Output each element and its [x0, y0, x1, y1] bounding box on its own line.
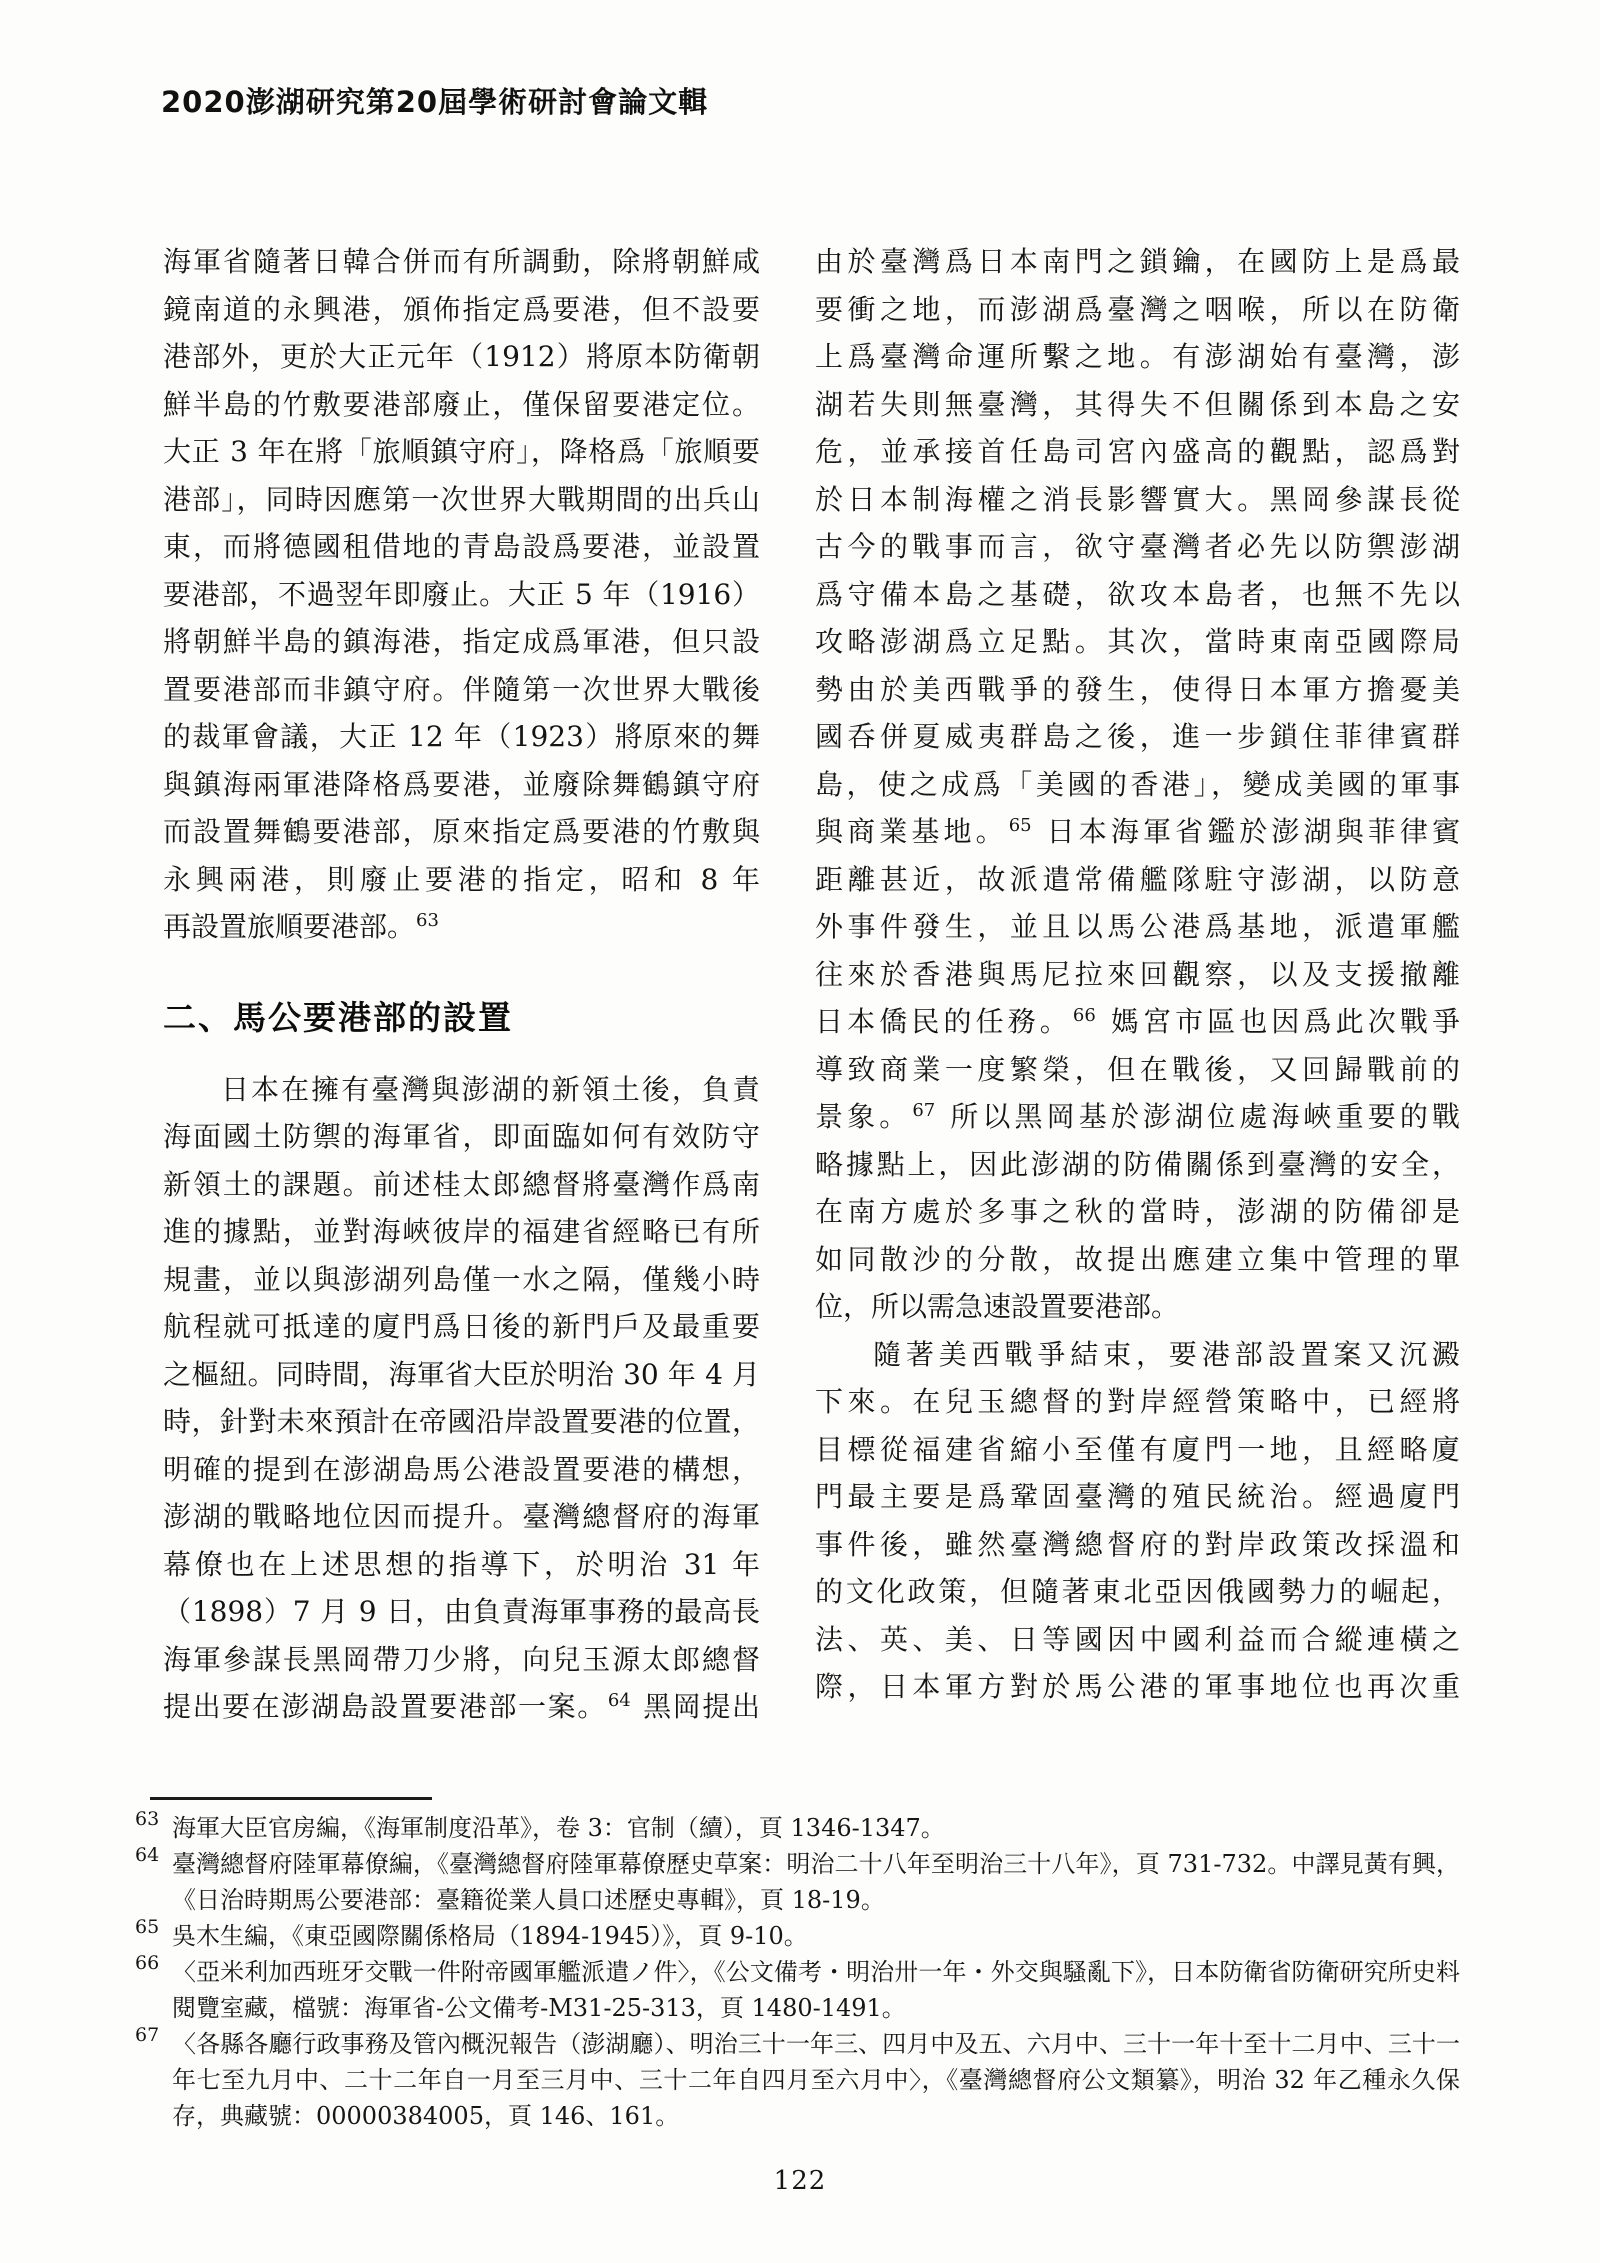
text-line: 攻略澎湖爲立足點。其次，當時東南亞國際局: [815, 618, 1460, 666]
text-line: 的裁軍會議，大正 12 年（1923）將原來的舞鶴: [163, 713, 760, 761]
text-line: 海軍省隨著日韓合併而有所調動，除將朝鮮咸: [163, 238, 760, 286]
text-line: 景象。67 所以黑岡基於澎湖位處海峽重要的戰: [815, 1093, 1460, 1141]
right-column-text: 由於臺灣爲日本南門之鎖鑰，在國防上是爲最要衝之地，而澎湖爲臺灣之咽喉，所以在防衛…: [815, 238, 1460, 1711]
footnote: 64臺灣總督府陸軍幕僚編，《臺灣總督府陸軍幕僚歷史草案：明治二十八年至明治三十八…: [128, 1846, 1460, 1918]
text-line: 而設置舞鶴要港部，原來指定爲要港的竹敷與: [163, 808, 760, 856]
text-line: 日本僑民的任務。66 媽宮市區也因爲此次戰爭: [815, 998, 1460, 1046]
text-line: 航程就可抵達的廈門爲日後的新門戶及最重要: [163, 1303, 760, 1351]
text-line: 危，並承接首任島司宮內盛高的觀點，認爲對: [815, 428, 1460, 476]
footnote-text: 海軍大臣官房編，《海軍制度沿革》，卷 3：官制（續），頁 1346-1347。: [172, 1810, 1460, 1846]
footnote-text: 〈亞米利加西班牙交戰一件附帝國軍艦派遣ノ件〉，《公文備考・明治卅一年・外交與騷亂…: [172, 1954, 1460, 2026]
text-line: 隨著美西戰爭結束，要港部設置案又沉澱: [815, 1331, 1460, 1379]
text-line: 如同散沙的分散，故提出應建立集中管理的單: [815, 1236, 1460, 1284]
left-column: 海軍省隨著日韓合併而有所調動，除將朝鮮咸鏡南道的永興港，頒佈指定爲要港，但不設要…: [163, 238, 760, 1731]
text-line: 由於臺灣爲日本南門之鎖鑰，在國防上是爲最: [815, 238, 1460, 286]
text-line: 下來。在兒玉總督的對岸經營策略中，已經將: [815, 1378, 1460, 1426]
text-line: 進的據點，並對海峽彼岸的福建省經略已有所: [163, 1208, 760, 1256]
footnote: 66〈亞米利加西班牙交戰一件附帝國軍艦派遣ノ件〉，《公文備考・明治卅一年・外交與…: [128, 1954, 1460, 2026]
footnote: 63海軍大臣官房編，《海軍制度沿革》，卷 3：官制（續），頁 1346-1347…: [128, 1810, 1460, 1846]
text-line: 幕僚也在上述思想的指導下，於明治 31 年: [163, 1541, 760, 1589]
text-line: 再設置旅順要港部。63: [163, 903, 760, 951]
footnote: 67〈各縣各廳行政事務及管內概況報告（澎湖廳）、明治三十一年三、四月中及五、六月…: [128, 2026, 1460, 2134]
text-line: 略據點上，因此澎湖的防備關係到臺灣的安全，: [815, 1141, 1460, 1189]
text-line: （1898）7 月 9 日，由負責海軍事務的最高長官: [163, 1588, 760, 1636]
footnotes: 63海軍大臣官房編，《海軍制度沿革》，卷 3：官制（續），頁 1346-1347…: [128, 1810, 1460, 2134]
text-line: 上爲臺灣命運所繫之地。有澎湖始有臺灣，澎: [815, 333, 1460, 381]
footnote-ref: 65: [1008, 815, 1034, 836]
text-line: 與商業基地。65 日本海軍省鑑於澎湖與菲律賓: [815, 808, 1460, 856]
footnote: 65吳木生編，《東亞國際關係格局（1894-1945）》，頁 9-10。: [128, 1918, 1460, 1954]
text-line: 海面國土防禦的海軍省，即面臨如何有效防守: [163, 1113, 760, 1161]
section-heading: 二、馬公要港部的設置: [163, 994, 760, 1042]
footnote-text: 〈各縣各廳行政事務及管內概況報告（澎湖廳）、明治三十一年三、四月中及五、六月中、…: [172, 2026, 1460, 2134]
text-line: 規畫，並以與澎湖列島僅一水之隔，僅幾小時: [163, 1256, 760, 1304]
footnote-separator: [150, 1797, 432, 1800]
text-line: 導致商業一度繁榮，但在戰後，又回歸戰前的: [815, 1046, 1460, 1094]
text-line: 永興兩港，則廢止要港的指定，昭和 8 年（1933）: [163, 856, 760, 904]
text-line: 日本在擁有臺灣與澎湖的新領土後，負責: [163, 1066, 760, 1114]
text-line: 國呑併夏威夷群島之後，進一步鎖住菲律賓群: [815, 713, 1460, 761]
text-line: 與鎮海兩軍港降格爲要港，並廢除舞鶴鎮守府: [163, 761, 760, 809]
text-line: 距離甚近，故派遣常備艦隊駐守澎湖，以防意: [815, 856, 1460, 904]
paragraph-1: 海軍省隨著日韓合併而有所調動，除將朝鮮咸鏡南道的永興港，頒佈指定爲要港，但不設要…: [163, 238, 760, 951]
text-line: 勢由於美西戰爭的發生，使得日本軍方擔憂美: [815, 666, 1460, 714]
text-line: 門最主要是爲鞏固臺灣的殖民統治。經過廈門: [815, 1473, 1460, 1521]
footnote-ref: 63: [415, 910, 441, 931]
text-line: 爲守備本島之基礎，欲攻本島者，也無不先以: [815, 571, 1460, 619]
text-line: 要港部，不過翌年即廢止。大正 5 年（1916）: [163, 571, 760, 619]
text-line: 位，所以需急速設置要港部。: [815, 1283, 1460, 1331]
paragraph-2: 日本在擁有臺灣與澎湖的新領土後，負責海面國土防禦的海軍省，即面臨如何有效防守新領…: [163, 1066, 760, 1731]
text-line: 港部」，同時因應第一次世界大戰期間的出兵山: [163, 476, 760, 524]
text-line: 要衝之地，而澎湖爲臺灣之咽喉，所以在防衛: [815, 286, 1460, 334]
text-line: 提出要在澎湖島設置要港部一案。64 黑岡提出: [163, 1683, 760, 1731]
text-line: 湖若失則無臺灣，其得失不但關係到本島之安: [815, 381, 1460, 429]
text-line: 事件後，雖然臺灣總督府的對岸政策改採溫和: [815, 1521, 1460, 1569]
text-line: 鮮半島的竹敷要港部廢止，僅保留要港定位。: [163, 381, 760, 429]
text-line: 鏡南道的永興港，頒佈指定爲要港，但不設要: [163, 286, 760, 334]
text-line: 際，日本軍方對於馬公港的軍事地位也再次重: [815, 1663, 1460, 1711]
page-number: 122: [0, 2166, 1600, 2196]
right-column: 由於臺灣爲日本南門之鎖鑰，在國防上是爲最要衝之地，而澎湖爲臺灣之咽喉，所以在防衛…: [815, 238, 1460, 1711]
footnote-ref: 66: [1072, 1005, 1098, 1026]
document-page: 2020澎湖研究第20屆學術研討會論文輯 海軍省隨著日韓合併而有所調動，除將朝鮮…: [0, 0, 1600, 2263]
text-line: 於日本制海權之消長影響實大。黑岡參謀長從: [815, 476, 1460, 524]
text-line: 將朝鮮半島的鎮海港，指定成爲軍港，但只設: [163, 618, 760, 666]
text-line: 目標從福建省縮小至僅有廈門一地，且經略廈: [815, 1426, 1460, 1474]
journal-header: 2020澎湖研究第20屆學術研討會論文輯: [161, 80, 708, 121]
text-line: 澎湖的戰略地位因而提升。臺灣總督府的海軍: [163, 1493, 760, 1541]
text-line: 時，針對未來預計在帝國沿岸設置要港的位置，: [163, 1398, 760, 1446]
text-line: 明確的提到在澎湖島馬公港設置要港的構想，: [163, 1446, 760, 1494]
footnote-ref: 67: [911, 1100, 937, 1121]
text-line: 置要港部而非鎮守府。伴隨第一次世界大戰後: [163, 666, 760, 714]
text-line: 之樞紐。同時間，海軍省大臣於明治 30 年 4 月: [163, 1351, 760, 1399]
text-line: 法、英、美、日等國因中國利益而合縱連橫之: [815, 1616, 1460, 1664]
text-line: 海軍參謀長黑岡帶刀少將，向兒玉源太郎總督: [163, 1636, 760, 1684]
text-line: 的文化政策，但隨著東北亞因俄國勢力的崛起，: [815, 1568, 1460, 1616]
text-line: 東，而將德國租借地的青島設爲要港，並設置: [163, 523, 760, 571]
text-line: 在南方處於多事之秋的當時，澎湖的防備卻是: [815, 1188, 1460, 1236]
text-line: 往來於香港與馬尼拉來回觀察，以及支援撤離: [815, 951, 1460, 999]
text-line: 港部外，更於大正元年（1912）將原本防衛朝: [163, 333, 760, 381]
text-line: 島，使之成爲「美國的香港」，變成美國的軍事: [815, 761, 1460, 809]
text-line: 大正 3 年在將「旅順鎮守府」，降格爲「旅順要: [163, 428, 760, 476]
text-line: 古今的戰事而言，欲守臺灣者必先以防禦澎湖: [815, 523, 1460, 571]
footnote-ref: 64: [607, 1690, 633, 1711]
text-line: 外事件發生，並且以馬公港爲基地，派遣軍艦: [815, 903, 1460, 951]
footnote-text: 臺灣總督府陸軍幕僚編，《臺灣總督府陸軍幕僚歷史草案：明治二十八年至明治三十八年》…: [172, 1846, 1460, 1918]
footnote-text: 吳木生編，《東亞國際關係格局（1894-1945）》，頁 9-10。: [172, 1918, 1460, 1954]
text-line: 新領土的課題。前述桂太郎總督將臺灣作爲南: [163, 1161, 760, 1209]
